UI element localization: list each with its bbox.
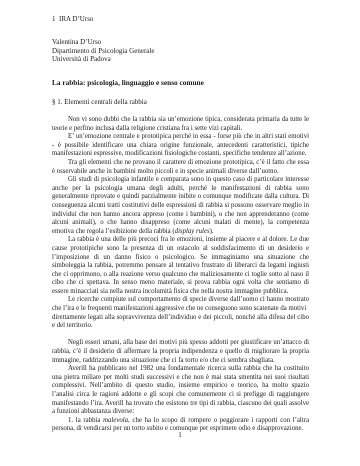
running-header: 1 IRA D’Urso [52,15,93,23]
document-page: 1 IRA D’Urso Valentina D’Urso Dipartimen… [0,0,360,466]
italic-term-malevola: malevola [103,417,128,424]
paragraph: E’ un’emozione centrale e prototipica pe… [52,133,309,159]
paragraph: Le ricerche compiute sul comportamento d… [52,296,309,330]
author-department: Dipartimento di Psicologia Generale [52,47,154,56]
paragraph: Non vi sono dubbi che la rabbia sia un’e… [52,116,309,133]
italic-term-display-rules: display rules [175,228,210,235]
paragraph-text: Gli studi di psicologia infantile e comp… [52,176,309,235]
paragraph-text: direttamente legati alla sopravvivenza d… [52,314,309,330]
section-heading: § 1. Elementi centrali della rabbia [52,98,147,106]
document-title: La rabbia: psicologia, linguaggio e sens… [52,78,204,87]
paragraph: Averill ha pubblicato nel 1982 una fonda… [52,365,309,417]
paragraph-text: ). [210,228,214,235]
paragraph: Negli esseri umani, alla base dei motivi… [52,339,309,365]
paragraph-text: 1. la rabbia [68,417,103,424]
paragraph: La rabbia è una delle più precoci fra le… [52,236,309,296]
paragraph: Gli studi di psicologia infantile e comp… [52,176,309,236]
author-university: Università di Padova [52,55,154,64]
page-number: 1 [0,431,360,439]
paragraph-text: Le ricerche compiute sul comportamento d… [52,296,309,312]
paragraph: Tra gli elementi che ne provano il carat… [52,159,309,176]
author-block: Valentina D’Urso Dipartimento di Psicolo… [52,38,154,64]
body-text: Non vi sono dubbi che la rabbia sia un’e… [52,116,309,434]
author-name: Valentina D’Urso [52,38,154,47]
